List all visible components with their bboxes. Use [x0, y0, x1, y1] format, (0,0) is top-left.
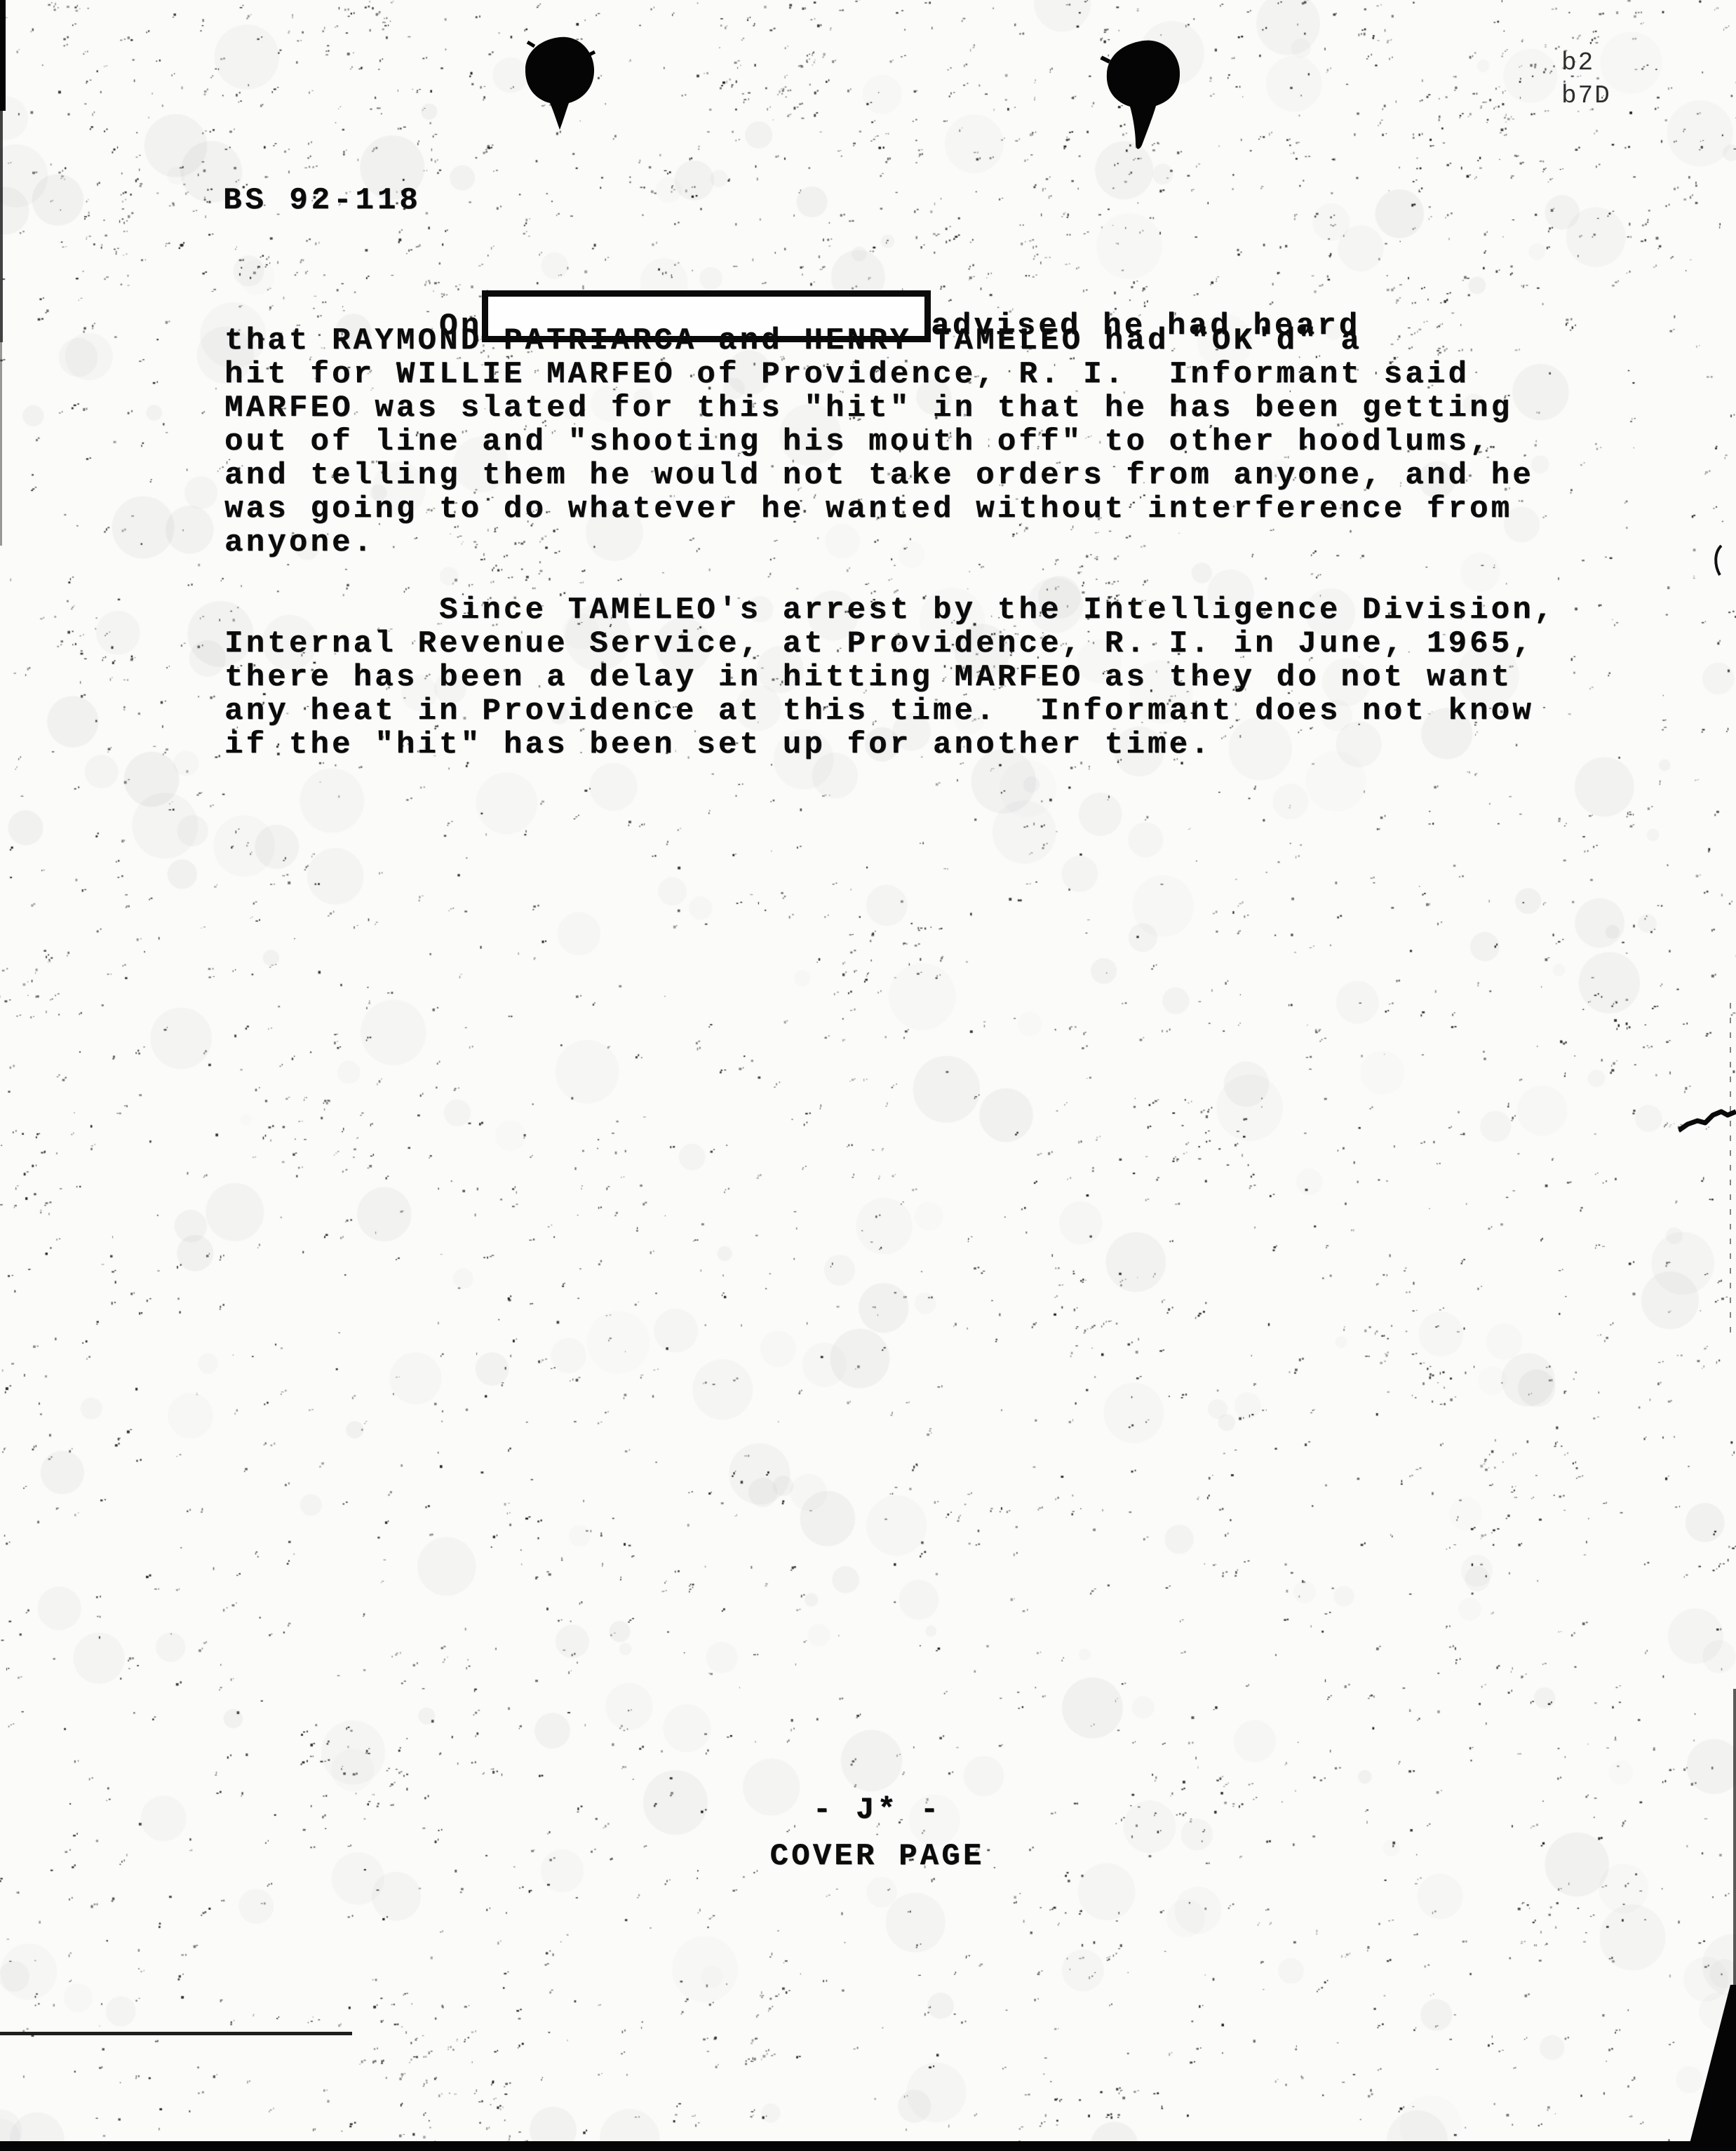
typewritten-line: was going to do whatever he wanted witho…	[224, 492, 1627, 526]
typewritten-line: Onadvised he had heard	[224, 290, 1627, 324]
classification-b7d: b7D	[1561, 79, 1611, 112]
paragraph-1: Onadvised he had heard that RAYMOND PATR…	[224, 290, 1627, 560]
paragraph-2: Since TAMELEO's arrest by the Intelligen…	[224, 593, 1627, 762]
footer-page-marker: - J* -	[18, 1787, 1736, 1833]
page-footer: - J* - COVER PAGE	[0, 1787, 1736, 1880]
typewritten-line: anyone.	[224, 526, 1627, 560]
typewritten-line: that RAYMOND PATRIARCA and HENRY TAMELEO…	[224, 324, 1627, 358]
typewritten-line: Internal Revenue Service, at Providence,…	[224, 627, 1627, 661]
typewritten-line: any heat in Providence at this time. Inf…	[224, 694, 1627, 728]
typewritten-line: MARFEO was slated for this "hit" in that…	[224, 391, 1627, 425]
typewritten-line: there has been a delay in hitting MARFEO…	[224, 661, 1627, 694]
classification-b2: b2	[1561, 46, 1611, 79]
file-number: BS 92-118	[223, 184, 422, 217]
scanned-document-page: b2 b7D BS 92-118 Onadvised he had heard …	[0, 0, 1736, 2151]
footer-cover-page-label: COVER PAGE	[18, 1833, 1736, 1880]
classification-marks: b2 b7D	[1561, 46, 1611, 112]
typewritten-line: Since TAMELEO's arrest by the Intelligen…	[224, 593, 1627, 627]
typewritten-line: out of line and "shooting his mouth off"…	[224, 425, 1627, 459]
typewritten-line: and telling them he would not take order…	[224, 459, 1627, 492]
typewritten-line: if the "hit" has been set up for another…	[224, 728, 1627, 762]
typewritten-line: hit for WILLIE MARFEO of Providence, R. …	[224, 358, 1627, 391]
